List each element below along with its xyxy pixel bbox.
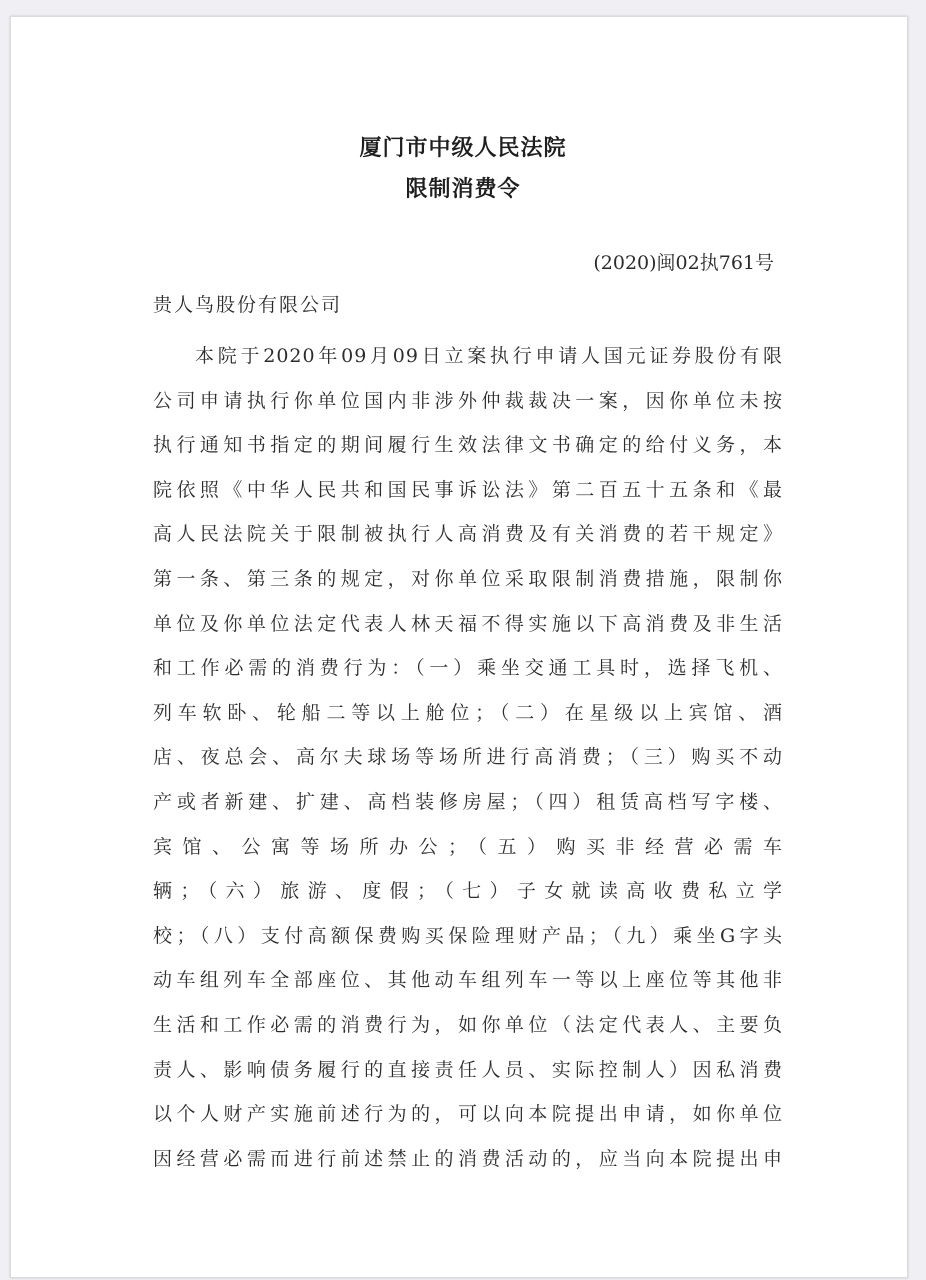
body-line: 本院于2020年09月09日立案执行申请人国元证券股份有限	[153, 334, 783, 379]
body-line: 产或者新建、扩建、高档装修房屋；（四）租赁高档写字楼、	[153, 780, 783, 825]
body-line: 高人民法院关于限制被执行人高消费及有关消费的若干规定》	[153, 512, 783, 557]
document-type-heading: 限制消费令	[0, 172, 926, 203]
body-line: 因经营必需而进行前述禁止的消费活动的，应当向本院提出申	[153, 1137, 783, 1182]
body-line: 和工作必需的消费行为：（一）乘坐交通工具时，选择飞机、	[153, 646, 783, 691]
body-line: 店、夜总会、高尔夫球场等场所进行高消费；（三）购买不动	[153, 735, 783, 780]
court-name-heading: 厦门市中级人民法院	[0, 131, 926, 162]
body-line: 执行通知书指定的期间履行生效法律文书确定的给付义务，本	[153, 423, 783, 468]
addressee: 贵人鸟股份有限公司	[153, 290, 342, 317]
body-line: 第一条、第三条的规定，对你单位采取限制消费措施，限制你	[153, 557, 783, 602]
body-line: 以个人财产实施前述行为的，可以向本院提出申请，如你单位	[153, 1092, 783, 1137]
body-line: 辆；（六）旅游、度假；（七）子女就读高收费私立学	[153, 869, 783, 914]
body-line: 列车软卧、轮船二等以上舱位；（二）在星级以上宾馆、酒	[153, 691, 783, 736]
body-line: 生活和工作必需的消费行为，如你单位（法定代表人、主要负	[153, 1003, 783, 1048]
body-line: 单位及你单位法定代表人林天福不得实施以下高消费及非生活	[153, 602, 783, 647]
body-line: 院依照《中华人民共和国民事诉讼法》第二百五十五条和《最	[153, 468, 783, 513]
body-line: 动车组列车全部座位、其他动车组列车一等以上座位等其他非	[153, 958, 783, 1003]
case-number: (2020)闽02执761号	[593, 248, 774, 275]
body-line: 公司申请执行你单位国内非涉外仲裁裁决一案，因你单位未按	[153, 379, 783, 424]
document-body: 本院于2020年09月09日立案执行申请人国元证券股份有限 公司申请执行你单位国…	[153, 334, 783, 1181]
body-line: 宾馆、公寓等场所办公；（五）购买非经营必需车	[153, 825, 783, 870]
body-line: 责人、影响债务履行的直接责任人员、实际控制人）因私消费	[153, 1048, 783, 1093]
body-line: 校；（八）支付高额保费购买保险理财产品；（九）乘坐G字头	[153, 914, 783, 959]
